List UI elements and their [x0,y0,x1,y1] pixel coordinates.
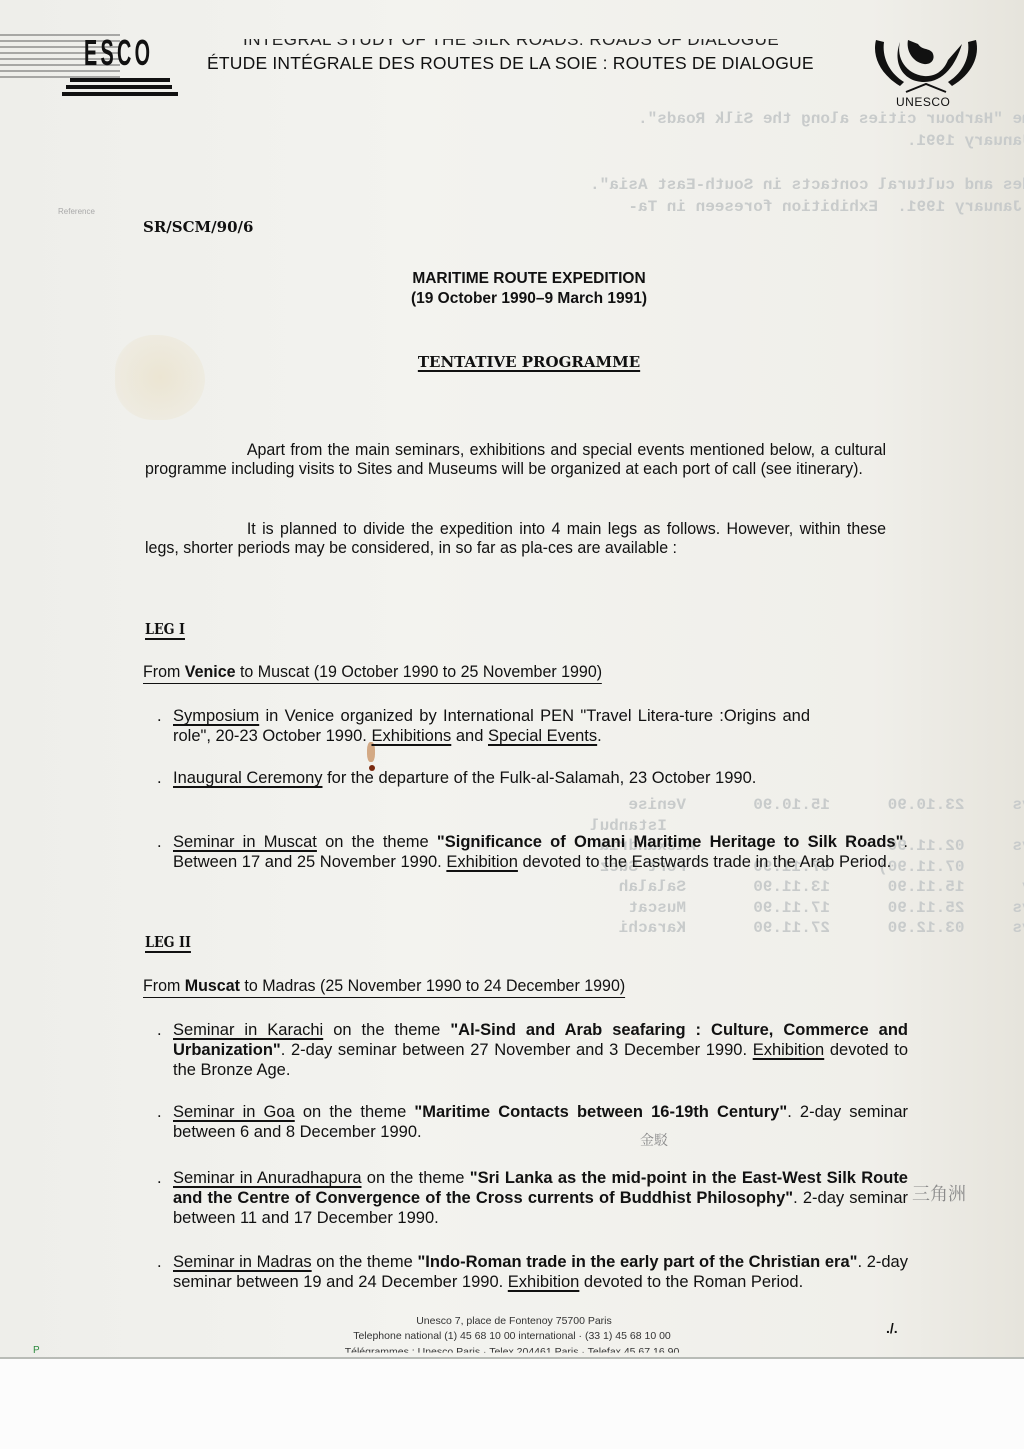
letterhead-title-fr: ÉTUDE INTÉGRALE DES ROUTES DE LA SOIE : … [207,53,814,74]
logo-bar [70,78,170,82]
logo-left-letters: ESCO [84,32,153,74]
leg-1-route: From Venice to Muscat (19 October 1990 t… [143,663,602,684]
leg-2-item-goa-seminar: . Seminar in Goa on the theme "Maritime … [160,1102,908,1142]
footer-telegrams: Télégrammes : Unesco Paris · Telex 20446… [0,1346,1024,1358]
footer-telephone: Telephone national (1) 45 68 10 00 inter… [0,1330,1024,1342]
unesco-logo-right: UNESCO [866,34,986,112]
document-page: Seminar in Surabaya on the theme "Harbou… [0,0,1024,1359]
leg-1-item-ceremony: . Inaugural Ceremony for the departure o… [160,768,908,788]
bleed-through-text: Seminar in Surabaya on the theme "Harbou… [590,108,1024,240]
handwritten-note-2: 三角洲 [912,1180,966,1206]
logo-bar [66,85,172,89]
intro-paragraph-2: It is planned to divide the expedition i… [145,520,886,558]
margin-mark: P [33,1345,40,1356]
continued-mark: ./. [886,1320,898,1336]
leg-2-route: From Muscat to Madras (25 November 1990 … [143,977,625,998]
unesco-label: UNESCO [896,95,950,109]
unesco-emblem-icon [866,34,986,96]
document-dates: (19 October 1990–9 March 1991) [0,290,1024,308]
leg-1-item-muscat-seminar: . Seminar in Muscat on the theme "Signif… [160,832,908,872]
letterhead-title-en: INTEGRAL STUDY OF THE SILK ROADS: ROADS … [243,30,779,50]
leg-2-item-karachi-seminar: . Seminar in Karachi on the theme "Al-Si… [160,1020,908,1080]
logo-bar [62,92,178,96]
reference-label: Reference [58,207,95,216]
programme-heading: TENTATIVE PROGRAMME [0,353,1024,372]
document-title: MARITIME ROUTE EXPEDITION [0,270,1024,288]
unesco-logo-left: ESCO [70,32,180,97]
leg-2-heading: LEG II [145,933,191,951]
handwritten-note-1: 金駁 [640,1130,668,1150]
footer-address: Unesco 7, place de Fontenoy 75700 Paris [2,1315,1024,1327]
leg-1-item-symposium: . Symposium in Venice organized by Inter… [160,706,810,746]
water-stain [115,335,205,420]
leg-2-item-anuradhapura-seminar: . Seminar in Anuradhapura on the theme "… [160,1168,908,1228]
leg-2-item-madras-seminar: . Seminar in Madras on the theme "Indo-R… [160,1252,908,1292]
intro-paragraph-1: Apart from the main seminars, exhibition… [145,441,886,479]
programme-heading-text: TENTATIVE PROGRAMME [418,353,640,371]
reference-code: SR/SCM/90/6 [143,218,253,236]
leg-1-heading: LEG I [145,620,185,638]
